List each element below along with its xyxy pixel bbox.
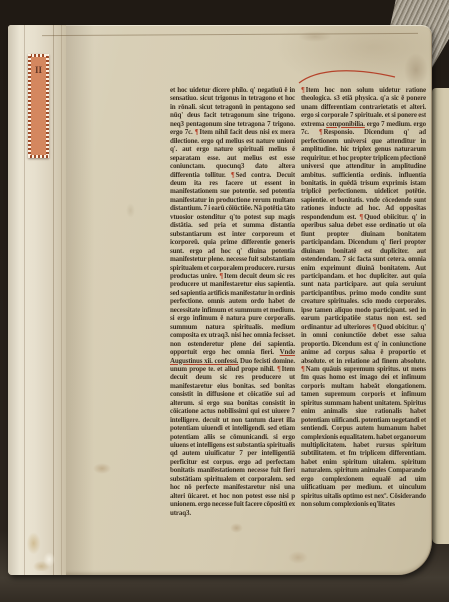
stain [126,203,135,218]
body-text: Item decuit deum sic res producere ut ma… [170,365,295,517]
photo-background: II et hoc uidetur dicere philo. q' negat… [0,0,449,602]
next-leaf-edge [432,88,449,544]
stain [404,53,428,87]
body-text: Sed contra. Decuit deum ita res facere u… [170,171,295,280]
stain [230,523,243,533]
text-column-right: ¶Item hoc non solum uidetur ratione theo… [301,86,426,524]
rubric-underlined-text: componibilia. [326,120,365,128]
body-text: Nam quāuis supremum spiritus. ut mens fm… [301,365,426,508]
stain [298,31,332,42]
tab-label: II [28,65,49,75]
body-text: Responsio. Dicendum q' ad perfectionem u… [301,128,426,221]
stain [93,463,111,474]
text-column-left: et hoc uidetur dicere philo. q' negatiuū… [170,86,295,524]
rubric-swash-flourish [297,69,401,85]
stain [288,551,308,564]
body-text: Quod obiicitur. q' in operibus salua deb… [301,213,426,331]
worn-corner [18,525,70,571]
gutter-shadow [66,25,94,575]
manuscript-page: II et hoc uidetur dicere philo. q' negat… [8,25,432,575]
top-fold-line [42,33,418,36]
body-text: Item decuit deum sic res producere ut ma… [170,272,295,356]
bookmark-tab: II [28,54,49,158]
